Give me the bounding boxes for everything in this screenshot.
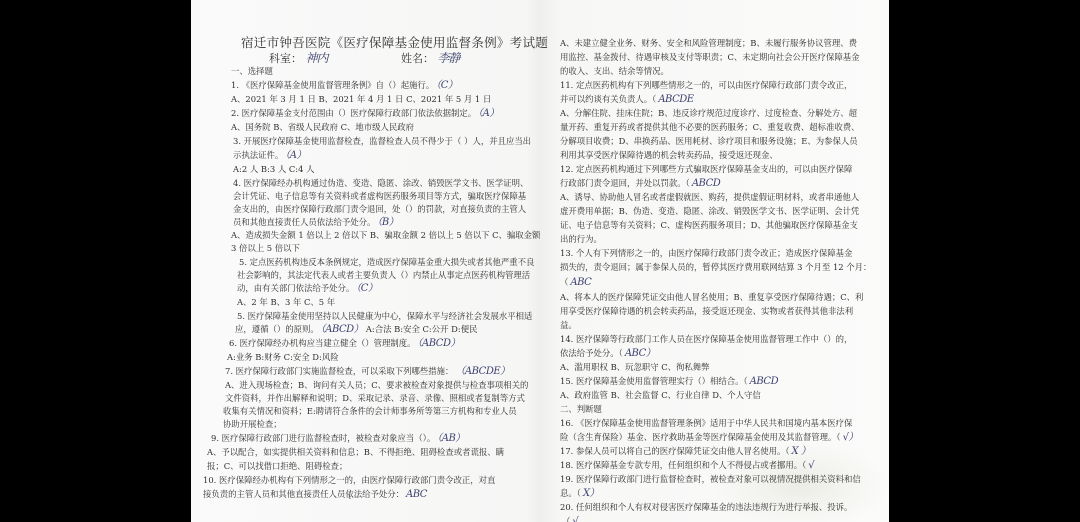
exam-text-line: 的收入、支出、结余等情况。 [560, 66, 669, 77]
exam-text-line: 用享受医疗保障待遇的机会转卖药品，接受返还现金、实物或者获得其他非法利 [560, 306, 853, 317]
exam-text-line: 并可以约谈有关负责人。（ABCDE [560, 94, 694, 105]
exam-text-line: 文件资料，并作出解释和说明；D、采取记录、录音、录像、照相或者复制等方式 [225, 393, 525, 404]
printed-text: 接负责的主管人员和其他直接责任人员依法给予处分： [203, 489, 404, 499]
exam-text-line: 协助开展检查； [223, 419, 282, 430]
printed-text: 9. 医疗保障行政部门进行监督检查时，被检查对象应当（）。 [211, 433, 435, 443]
name-field: 姓名： 李静 [401, 49, 460, 66]
handwritten-answer: X ） [792, 446, 811, 457]
exam-text-line: 19. 医疗保障行政部门进行监督检查时，被检查对象可以视情况提供相关资料和信 [560, 474, 861, 485]
printed-text: 16. 《医疗保障基金使用监督管理条例》适用于中华人民共和国境内基本医疗保 [560, 418, 852, 428]
printed-text: 损失的，责令退回；属于参保人员的，暂停其医疗费用联网结算 3 个月至 12 个月… [560, 262, 871, 272]
printed-text: 用享受医疗保障待遇的机会转卖药品，接受返还现金、实物或者获得其他非法利 [560, 306, 853, 316]
printed-text: 19. 医疗保障行政部门进行监督检查时，被检查对象可以视情况提供相关资料和信 [560, 474, 861, 484]
exam-text-line: 二、判断题 [560, 404, 602, 415]
printed-text: 1. 《医疗保障基金使用监督管理条例》自（）起施行。 [231, 80, 434, 90]
name-handwritten-value: 李静 [438, 51, 460, 65]
exam-text-line: A、分解住院、挂床住院；B、违反诊疗规范过度诊疗、过度检查、分解处方、超 [560, 108, 857, 119]
exam-text-line: 7. 医疗保障行政部门实施监督检查，可以采取下列哪些措施：（ABCDE） [225, 366, 510, 377]
printed-text: 5. 定点医药机构违反本条例规定，造成医疗保障基金重大损失或者其他严重不良 [239, 257, 534, 267]
exam-text-line: 损失的，责令退回；属于参保人员的，暂停其医疗费用联网结算 3 个月至 12 个月… [560, 262, 871, 273]
printed-text: 分解项目收费；D、串换药品、医用耗材、诊疗项目和服务设施；E、为参保人员 [560, 136, 858, 146]
exam-text-line: A、滥用职权 B、玩忽职守 C、徇私舞弊 [560, 362, 710, 373]
exam-text-line: 险（含生育保险）基金、医疗救助基金等医疗保障基金使用及其监督管理。（√） [560, 432, 858, 443]
exam-text-line: 5. 医疗保障基金使用坚持以人民健康为中心，保障水平与经济社会发展水平相适 [237, 311, 532, 322]
exam-text-line: 15. 医疗保障基金使用监督管理实行（）相结合。（ABCD [560, 376, 778, 387]
exam-text-line: 行政部门责令退回，并处以罚款。（ABCD [560, 178, 720, 189]
handwritten-answer: ABC [406, 489, 427, 500]
exam-text-line: A、2 年 B、3 年 C、5 年 [237, 297, 335, 308]
printed-text: 6. 医疗保障经办机构应当建立健全（）管理制度。 [229, 338, 416, 348]
printed-text: 11. 定点医药机构有下列哪些情形之一的，可以由医疗保障行政部门责令改正， [560, 80, 852, 90]
page-number: 1 [348, 494, 352, 501]
name-label: 姓名： [401, 52, 434, 65]
exam-text-line: 3 倍以上 5 倍以下 [231, 243, 300, 254]
exam-text-line: A、国务院 B、省级人民政府 C、地市级人民政府 [231, 122, 414, 133]
printed-text: 13. 个人有下列情形之一的，由医疗保障行政部门责令改正；造成医疗保障基金 [560, 248, 852, 258]
printed-text: A、将本人的医疗保障凭证交由他人冒名使用；B、重复享受医疗保障待遇；C、利 [560, 292, 863, 302]
handwritten-answer: ABC [570, 277, 591, 288]
exam-text-line: 依法给予处分。（ABC） [560, 348, 655, 359]
exam-text-line: 证、电子信息等有关资料；C、虚构医药服务项目；D、其他骗取医疗保障基金支 [560, 220, 858, 231]
exam-text-line: 4. 医疗保障经办机构通过伪造、变造、隐匿、涂改、销毁医学文书、医学证明、 [233, 178, 528, 189]
printed-text: A、未建立健全业务、财务、安全和风险管理制度；B、未履行服务协议管理、费 [560, 38, 857, 48]
printed-text: 金支出的，由医疗保障行政部门责令退回，处（）的罚款，对直接负责的主管人 [233, 204, 526, 214]
exam-text-line: 6. 医疗保障经办机构应当建立健全（）管理制度。（ABCD） [229, 338, 460, 349]
printed-text: 的收入、支出、结余等情况。 [560, 66, 669, 76]
exam-text-line: 分解项目收费；D、串换药品、医用耗材、诊疗项目和服务设施；E、为参保人员 [560, 136, 858, 147]
exam-text-line: A、未建立健全业务、财务、安全和风险管理制度；B、未履行服务协议管理、费 [560, 38, 857, 49]
handwritten-answer: √ [808, 460, 814, 471]
printed-text: 出的行为。 [560, 234, 602, 244]
handwritten-answer: ABCD [692, 178, 720, 189]
exam-text-line: 2. 医疗保障基金支付范围由（）医疗保障行政部门依法依据制定。（A） [231, 108, 499, 119]
handwritten-answer: √） [843, 432, 858, 443]
department-label: 科室： [269, 52, 302, 65]
exam-text-line: 用监控、基金拨付、待遇审核及支付等职责；C、未定期向社会公开医疗保障基金 [560, 52, 860, 63]
exam-text-line: 金支出的，由医疗保障行政部门责令退回，处（）的罚款，对直接负责的主管人 [233, 204, 526, 215]
exam-text-line: A、诱导、协助他人冒名或者虚假就医、购药，提供虚假证明材料，或者串通他人 [560, 192, 859, 203]
printed-text: 证、电子信息等有关资料；C、虚构医药服务项目；D、其他骗取医疗保障基金支 [560, 220, 858, 230]
printed-text: 动，由有关部门依法给予处分。 [237, 283, 354, 293]
exam-text-line: A、将本人的医疗保障凭证交由他人冒名使用；B、重复享受医疗保障待遇；C、利 [560, 292, 863, 303]
exam-text-line: （√ [562, 516, 578, 522]
exam-text-line: 接负责的主管人员和其他直接责任人员依法给予处分：ABC [203, 489, 427, 500]
exam-text-line: 益。 [560, 320, 577, 331]
exam-text-line: 出的行为。 [560, 234, 602, 245]
handwritten-answer: （C） [436, 80, 457, 91]
page-number: 2 [704, 503, 708, 510]
printed-text: 行政部门责令退回，并处以罚款。（ [560, 178, 690, 188]
exam-text-line: 18. 医疗保障基金专款专用，任何组织和个人不得侵占或者挪用。（√ [560, 460, 814, 471]
printed-text: （ [560, 277, 568, 287]
printed-text: A、进入现场检查；B、询问有关人员；C、要求被检查对象提供与检查事项相关的 [225, 380, 528, 390]
printed-text: 会计凭证、电子信息等有关资料或者虚构医药服务项目等方式，骗取医疗保障基 [233, 191, 526, 201]
exam-text-line: 应，遵循（）的原则。（ABCD） A:合法 B:安全 C:公开 D:便民 [235, 324, 477, 335]
exam-text-line: 14. 医疗保障等行政部门工作人员在医疗保障基金使用监督管理工作中（）的， [560, 334, 852, 345]
handwritten-answer: ABC） [625, 348, 655, 359]
printed-text: 18. 医疗保障基金专款专用，任何组织和个人不得侵占或者挪用。（ [560, 460, 806, 470]
exam-text-line: 10. 医疗保障经办机构有下列情形之一的，由医疗保障行政部门责令改正，对直 [203, 475, 495, 486]
handwritten-answer: （C） [356, 283, 377, 294]
printed-text: 10. 医疗保障经办机构有下列情形之一的，由医疗保障行政部门责令改正，对直 [203, 475, 495, 485]
exam-text-line: 9. 医疗保障行政部门进行监督检查时，被检查对象应当（）。（AB） [211, 433, 465, 444]
printed-text: 报；C、可以找借口拒绝、阻碍检查； [207, 461, 347, 471]
printed-text: 3 倍以上 5 倍以下 [231, 243, 300, 253]
exam-text-line: 会计凭证、电子信息等有关资料或者虚构医药服务项目等方式，骗取医疗保障基 [233, 191, 526, 202]
printed-text: A、政府监管 B、社会监督 C、行业自律 D、个人守信 [560, 390, 761, 400]
printed-text: A、诱导、协助他人冒名或者虚假就医、购药，提供虚假证明材料，或者串通他人 [560, 192, 859, 202]
handwritten-answer: （ABCDE） [455, 366, 509, 377]
exam-text-line: 13. 个人有下列情形之一的，由医疗保障行政部门责令改正；造成医疗保障基金 [560, 248, 852, 259]
exam-text-line: A、2021 年 3 月 1 日 B、2021 年 4 月 1 日 C、2021… [231, 94, 491, 105]
exam-text-line: A、造成损失金额 1 倍以上 2 倍以下 B、骗取金额 2 倍以上 5 倍以下 … [231, 230, 540, 241]
handwritten-answer: （ABCD） [321, 324, 363, 335]
printed-text: （ [562, 516, 570, 522]
printed-text: 险（含生育保险）基金、医疗救助基金等医疗保障基金使用及其监督管理。（ [560, 432, 841, 442]
printed-text: 协助开展检查； [223, 419, 282, 429]
scanned-exam-sheet: 宿迁市钟吾医院《医疗保障基金使用监督条例》考试题 科室： 神内 姓名： 李静 一… [191, 0, 889, 522]
exam-text-line: 收集有关情况和资料；E:聘请符合条件的会计师事务所等第三方机构和专业人员 [223, 406, 517, 417]
handwritten-answer: （ABCD） [418, 338, 460, 349]
printed-text: 员和其他直接责任人员依法给予处分。 [233, 217, 375, 227]
printed-text: 量开药、重复开药或者提供其他不必要的医药服务；C、重复收费、超标准收费、 [560, 122, 860, 132]
printed-text: 4. 医疗保障经办机构通过伪造、变造、隐匿、涂改、销毁医学文书、医学证明、 [233, 178, 528, 188]
handwritten-answer: （A） [285, 150, 306, 161]
exam-text-line: 量开药、重复开药或者提供其他不必要的医药服务；C、重复收费、超标准收费、 [560, 122, 860, 133]
exam-text-line: 一、选择题 [231, 66, 273, 77]
printed-text: A:业务 B:财务 C:安全 D:风险 [227, 352, 339, 362]
printed-text: 应，遵循（）的原则。 [235, 324, 319, 334]
printed-text: 15. 医疗保障基金使用监督管理实行（）相结合。（ [560, 376, 748, 386]
exam-text-line: 示执法证件。（A） [233, 150, 306, 161]
exam-text-line: 1. 《医疗保障基金使用监督管理条例》自（）起施行。（C） [231, 80, 457, 91]
printed-text: 3. 开展医疗保障基金使用监督检查，监督检查人员不得少于（ ）人，并且应当出 [233, 136, 531, 146]
printed-text: 息。（ [560, 488, 581, 498]
printed-text: A、2 年 B、3 年 C、5 年 [237, 297, 335, 307]
exam-text-line: A:2 人 B:3 人 C:4 人 [233, 164, 315, 175]
exam-text-line: A、政府监管 B、社会监督 C、行业自律 D、个人守信 [560, 390, 761, 401]
printed-text: 12. 定点医药机构通过下列哪些方式骗取医疗保障基金支出的，可以由医疗保障 [560, 164, 852, 174]
exam-text-line: 虚开费用单据；B、伪造、变造、隐匿、涂改、销毁医学文书、医学证明、会计凭 [560, 206, 859, 217]
printed-text: A、予以配合，如实提供相关资料和信息；B、不得拒绝、阻碍检查或者谎报、瞒 [207, 447, 504, 457]
handwritten-answer: ABCDE [658, 94, 693, 105]
exam-text-line: （ABC [560, 277, 591, 288]
printed-text: 2. 医疗保障基金支付范围由（）医疗保障行政部门依法依据制定。 [231, 108, 476, 118]
exam-text-line: 动，由有关部门依法给予处分。（C） [237, 283, 377, 294]
printed-text: A、滥用职权 B、玩忽职守 C、徇私舞弊 [560, 362, 710, 372]
exam-text-line: 12. 定点医药机构通过下列哪些方式骗取医疗保障基金支出的，可以由医疗保障 [560, 164, 852, 175]
exam-text-line: 17. 参保人员可以将自己的医疗保障凭证交由他人冒名使用。（X ） [560, 446, 810, 457]
printed-text: A、2021 年 3 月 1 日 B、2021 年 4 月 1 日 C、2021… [231, 94, 491, 104]
printed-text: 二、判断题 [560, 404, 602, 414]
exam-text-line: 16. 《医疗保障基金使用监督管理条例》适用于中华人民共和国境内基本医疗保 [560, 418, 852, 429]
department-handwritten-value: 神内 [306, 51, 328, 65]
handwritten-answer: ABCD [750, 376, 778, 387]
printed-text: 利用其享受医疗保障待遇的机会转卖药品，接受返还现金、 [560, 150, 778, 160]
printed-text: 示执法证件。 [233, 150, 283, 160]
printed-text: A、分解住院、挂床住院；B、违反诊疗规范过度诊疗、过度检查、分解处方、超 [560, 108, 857, 118]
printed-text: 17. 参保人员可以将自己的医疗保障凭证交由他人冒名使用。（ [560, 446, 790, 456]
printed-text: A、国务院 B、省级人民政府 C、地市级人民政府 [231, 122, 414, 132]
exam-text-line: A、予以配合，如实提供相关资料和信息；B、不得拒绝、阻碍检查或者谎报、瞒 [207, 447, 504, 458]
exam-text-line: 3. 开展医疗保障基金使用监督检查，监督检查人员不得少于（ ）人，并且应当出 [233, 136, 531, 147]
printed-text: 用监控、基金拨付、待遇审核及支付等职责；C、未定期向社会公开医疗保障基金 [560, 52, 860, 62]
exam-text-line: 社会影响的，其法定代表人或者主要负责人（）内禁止从事定点医药机构管理活 [237, 270, 530, 281]
handwritten-answer: X） [583, 488, 599, 499]
exam-page-2: A、未建立健全业务、财务、安全和风险管理制度；B、未履行服务协议管理、费用监控、… [550, 0, 889, 522]
exam-text-line: 员和其他直接责任人员依法给予处分。（B） [233, 217, 398, 228]
handwritten-answer: （B） [377, 217, 398, 228]
handwritten-answer: √ [572, 516, 578, 522]
handwritten-answer: （AB） [437, 433, 465, 444]
department-field: 科室： 神内 [269, 49, 328, 66]
handwritten-answer: （A） [478, 108, 499, 119]
exam-page-1: 宿迁市钟吾医院《医疗保障基金使用监督条例》考试题 科室： 神内 姓名： 李静 一… [191, 0, 546, 522]
printed-text: 虚开费用单据；B、伪造、变造、隐匿、涂改、销毁医学文书、医学证明、会计凭 [560, 206, 859, 216]
printed-text: 5. 医疗保障基金使用坚持以人民健康为中心，保障水平与经济社会发展水平相适 [237, 311, 532, 321]
printed-text: 益。 [560, 320, 577, 330]
printed-text: A:2 人 B:3 人 C:4 人 [233, 164, 315, 174]
exam-text-line: 利用其享受医疗保障待遇的机会转卖药品，接受返还现金、 [560, 150, 778, 161]
exam-text-line: A、进入现场检查；B、询问有关人员；C、要求被检查对象提供与检查事项相关的 [225, 380, 528, 391]
printed-text: 一、选择题 [231, 66, 273, 76]
printed-text: 文件资料，并作出解释和说明；D、采取记录、录音、录像、照相或者复制等方式 [225, 393, 525, 403]
exam-text-line: 5. 定点医药机构违反本条例规定，造成医疗保障基金重大损失或者其他严重不良 [239, 257, 534, 268]
printed-text: 收集有关情况和资料；E:聘请符合条件的会计师事务所等第三方机构和专业人员 [223, 406, 517, 416]
printed-text: 14. 医疗保障等行政部门工作人员在医疗保障基金使用监督管理工作中（）的， [560, 334, 852, 344]
printed-text: 7. 医疗保障行政部门实施监督检查，可以采取下列哪些措施： [225, 366, 453, 376]
printed-text: 并可以约谈有关负责人。（ [560, 94, 656, 104]
printed-text: A、造成损失金额 1 倍以上 2 倍以下 B、骗取金额 2 倍以上 5 倍以下 … [231, 230, 540, 240]
exam-text-line: A:业务 B:财务 C:安全 D:风险 [227, 352, 339, 363]
printed-text: 依法给予处分。（ [560, 348, 623, 358]
exam-text-line: 报；C、可以找借口拒绝、阻碍检查； [207, 461, 347, 472]
printed-text: 社会影响的，其法定代表人或者主要负责人（）内禁止从事定点医药机构管理活 [237, 270, 530, 280]
exam-text-line: 11. 定点医药机构有下列哪些情形之一的，可以由医疗保障行政部门责令改正， [560, 80, 852, 91]
exam-text-line: 息。（X） [560, 488, 599, 499]
printed-options: A:合法 B:安全 C:公开 D:便民 [363, 324, 477, 334]
